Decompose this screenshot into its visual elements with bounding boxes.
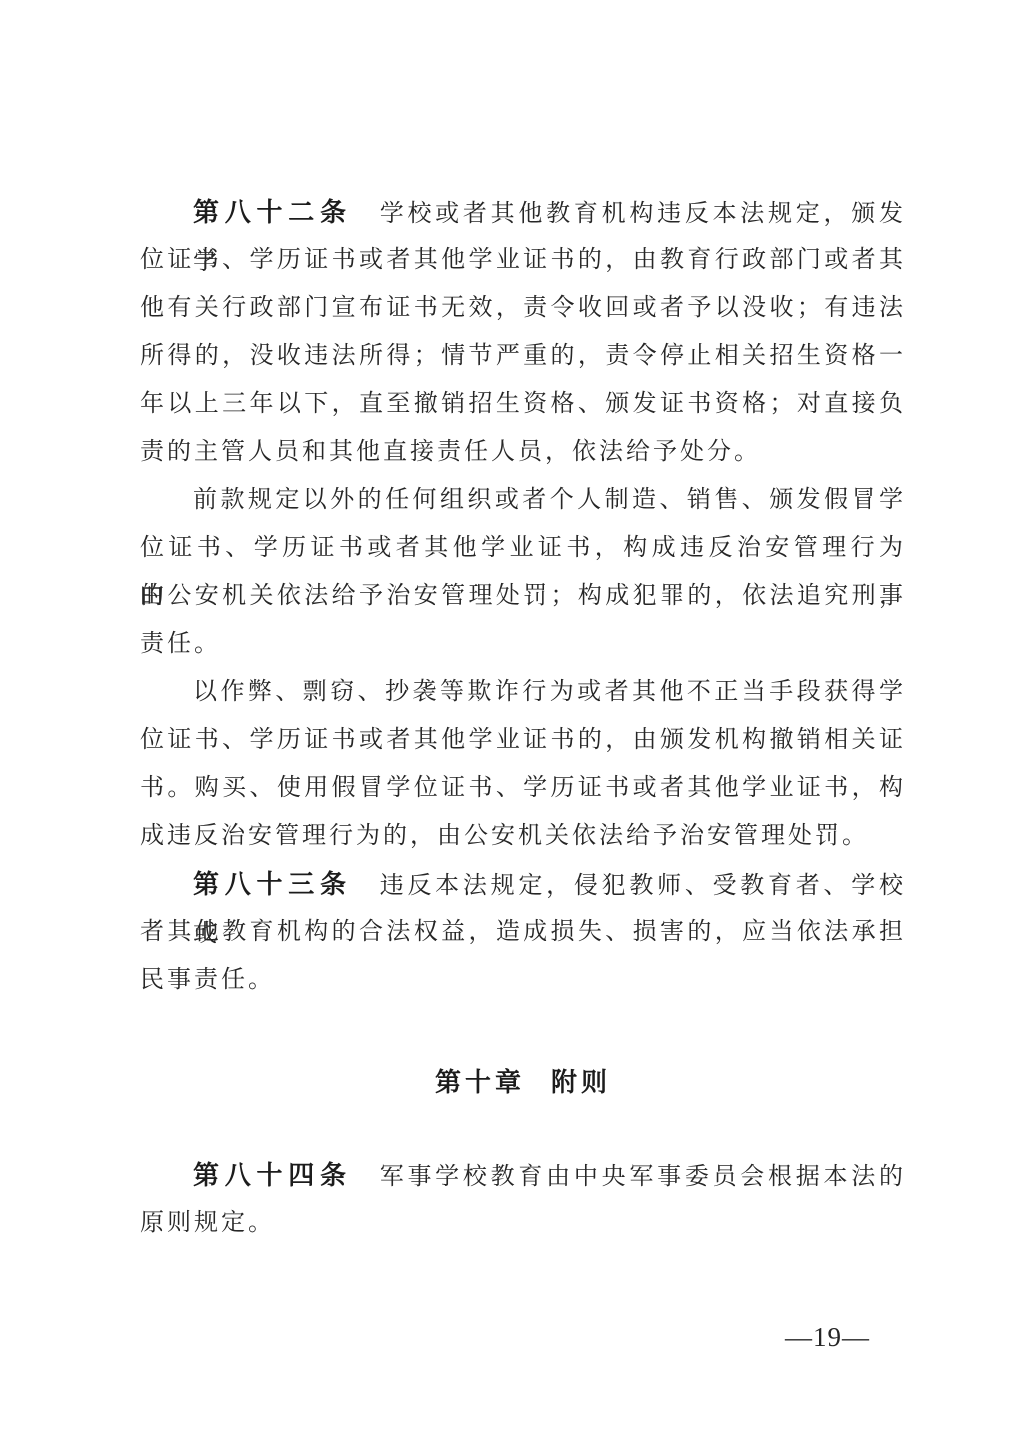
text-line: 责的主管人员和其他直接责任人员，依法给予处分。 <box>140 428 906 476</box>
text-line: 以作弊、剽窃、抄袭等欺诈行为或者其他不正当手段获得学 <box>140 668 906 716</box>
article-82-paragraph-2: 前款规定以外的任何组织或者个人制造、销售、颁发假冒学 位证书、学历证书或者其他学… <box>140 476 906 668</box>
text-line: 原则规定。 <box>140 1199 906 1247</box>
text-line: 他有关行政部门宣布证书无效，责令收回或者予以没收；有违法 <box>140 284 906 332</box>
text-line: 成违反治安管理行为的，由公安机关依法给予治安管理处罚。 <box>140 812 906 860</box>
text-line: 第八十三条违反本法规定，侵犯教师、受教育者、学校或 <box>140 860 906 908</box>
text-line: 书。购买、使用假冒学位证书、学历证书或者其他学业证书，构 <box>140 764 906 812</box>
text-line: 责任。 <box>140 620 906 668</box>
article-number: 第八十四条 <box>193 1160 352 1190</box>
text-line: 前款规定以外的任何组织或者个人制造、销售、颁发假冒学 <box>140 476 906 524</box>
text-line: 位证书、学历证书或者其他学业证书的，由颁发机构撤销相关证 <box>140 716 906 764</box>
text-line: 第八十二条学校或者其他教育机构违反本法规定，颁发学 <box>140 188 906 236</box>
text-line: 民事责任。 <box>140 956 906 1004</box>
text-line: 位证书、学历证书或者其他学业证书，构成违反治安管理行为的， <box>140 524 906 572</box>
text-line: 由公安机关依法给予治安管理处罚；构成犯罪的，依法追究刑事 <box>140 572 906 620</box>
text-line: 所得的，没收违法所得；情节严重的，责令停止相关招生资格一 <box>140 332 906 380</box>
document-body: 第八十二条学校或者其他教育机构违反本法规定，颁发学 位证书、学历证书或者其他学业… <box>140 188 906 1247</box>
document-page: 第八十二条学校或者其他教育机构违反本法规定，颁发学 位证书、学历证书或者其他学业… <box>0 0 1024 1450</box>
text-run: 军事学校教育由中央军事委员会根据本法的 <box>380 1164 906 1190</box>
chapter-number: 第十章 <box>435 1067 525 1097</box>
text-line: 位证书、学历证书或者其他学业证书的，由教育行政部门或者其 <box>140 236 906 284</box>
text-line: 者其他教育机构的合法权益，造成损失、损害的，应当依法承担 <box>140 908 906 956</box>
article-82-paragraph-3: 以作弊、剽窃、抄袭等欺诈行为或者其他不正当手段获得学 位证书、学历证书或者其他学… <box>140 668 906 860</box>
text-line: 第八十四条军事学校教育由中央军事委员会根据本法的 <box>140 1151 906 1199</box>
page-number: —19— <box>785 1320 870 1354</box>
article-83-paragraph: 第八十三条违反本法规定，侵犯教师、受教育者、学校或 者其他教育机构的合法权益，造… <box>140 860 906 1004</box>
article-number: 第八十二条 <box>193 197 352 227</box>
chapter-heading: 第十章附则 <box>140 1058 906 1106</box>
article-84-paragraph: 第八十四条军事学校教育由中央军事委员会根据本法的 原则规定。 <box>140 1151 906 1247</box>
article-82-paragraph: 第八十二条学校或者其他教育机构违反本法规定，颁发学 位证书、学历证书或者其他学业… <box>140 188 906 476</box>
article-number: 第八十三条 <box>193 869 352 899</box>
chapter-title: 附则 <box>551 1067 611 1097</box>
text-line: 年以上三年以下，直至撤销招生资格、颁发证书资格；对直接负 <box>140 380 906 428</box>
